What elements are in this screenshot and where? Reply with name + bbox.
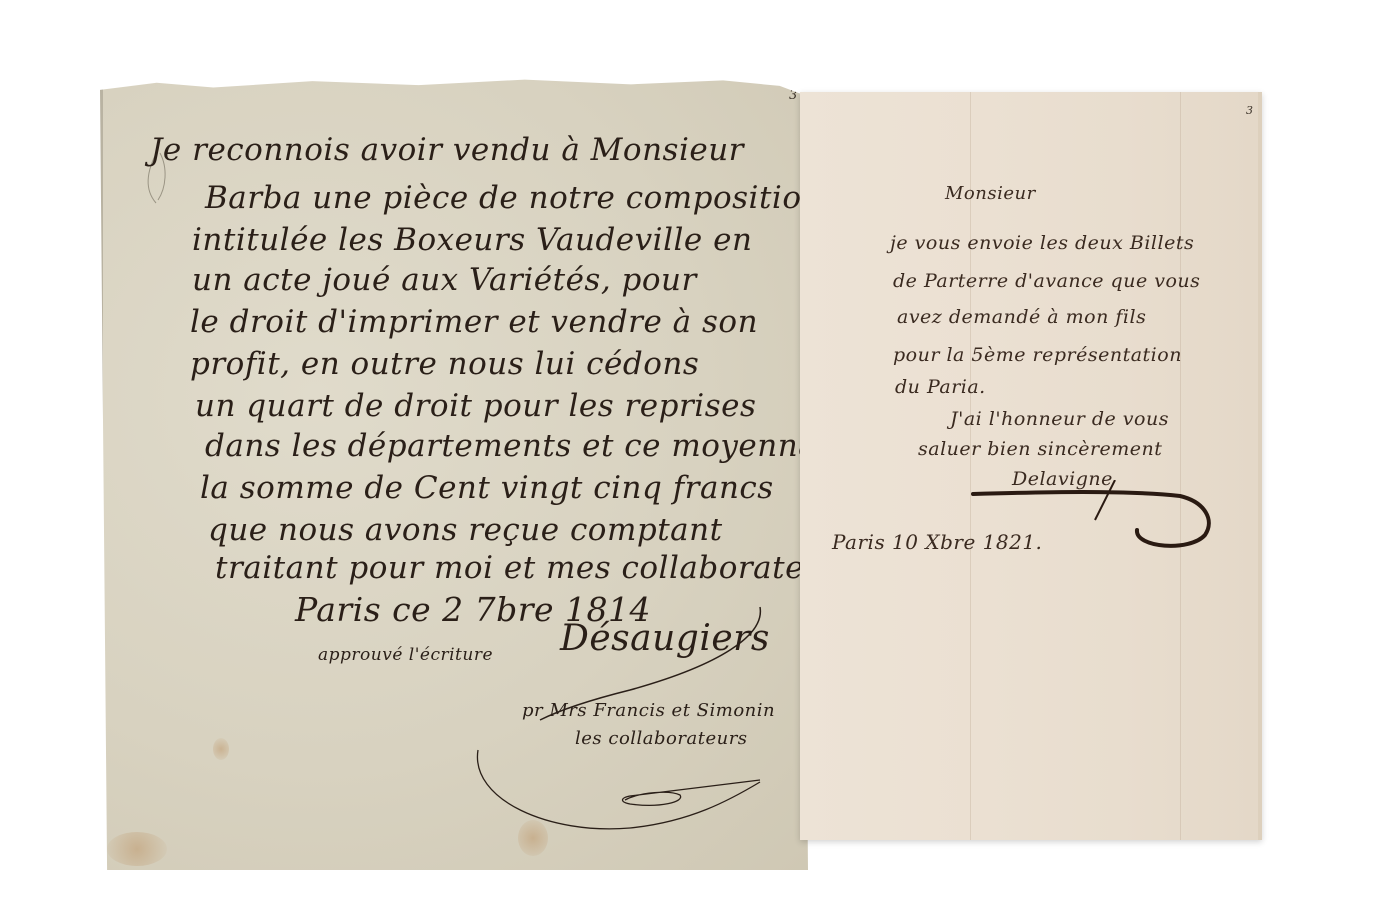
paraph-flourish-icon (470, 740, 790, 850)
left-letter-line: Je reconnois avoir vendu à Monsieur (150, 132, 744, 168)
right-letter-salutation: Monsieur (945, 183, 1036, 204)
right-letter-closing: J'ai l'honneur de vous (950, 408, 1169, 430)
right-letter-sheet: 3 (800, 92, 1262, 840)
right-letter-line: avez demandé à mon fils (897, 306, 1146, 328)
right-letter-date: Paris 10 Xbre 1821. (832, 530, 1042, 554)
left-letter-line: Barba une pièce de notre composition (205, 180, 822, 216)
left-letter-postscript: pr Mrs Francis et Simonin (522, 700, 775, 721)
right-letter-line: je vous envoie les deux Billets (890, 232, 1194, 254)
left-letter-line: que nous avons reçue comptant (208, 512, 723, 548)
left-letter-approval: approuvé l'écriture (318, 645, 493, 665)
left-letter-line: le droit d'imprimer et vendre à son (190, 304, 758, 340)
left-letter-line: dans les départements et ce moyennant (205, 428, 851, 464)
left-letter-line: profit, en outre nous lui cédons (190, 346, 699, 382)
left-letter-line: la somme de Cent vingt cinq francs (200, 470, 774, 506)
left-letter-line: un quart de droit pour les reprises (195, 388, 756, 424)
right-letter-closing: saluer bien sincèrement (918, 438, 1162, 460)
right-letter-line: pour la 5ème représentation (893, 344, 1182, 366)
right-letter-line: de Parterre d'avance que vous (893, 270, 1200, 292)
left-letter-line: un acte joué aux Variétés, pour (192, 262, 697, 298)
page-number: 3 (789, 88, 797, 103)
fold-crease (970, 92, 971, 840)
page-number: 3 (1246, 104, 1253, 117)
water-stain (107, 832, 167, 866)
left-letter-line: intitulée les Boxeurs Vaudeville en (192, 222, 752, 258)
right-letter-line: du Paria. (895, 376, 986, 398)
fold-crease (1180, 92, 1181, 840)
water-stain (213, 738, 229, 760)
left-letter-line: traitant pour moi et mes collaborateurs (215, 550, 856, 586)
